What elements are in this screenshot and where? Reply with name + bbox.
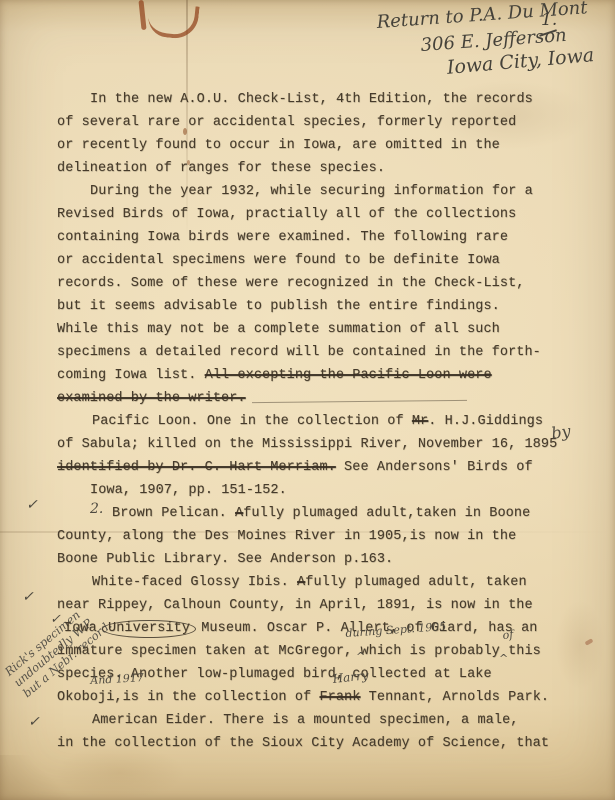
- typed-text: While this may not be a complete summati…: [57, 322, 500, 337]
- typed-text: but it seems advisable to publish the en…: [57, 299, 500, 314]
- typed-line: Okoboji,is in the collection of Frank Te…: [57, 690, 549, 705]
- typed-line: but it seems advisable to publish the en…: [57, 299, 500, 314]
- circled-word: University: [102, 620, 196, 638]
- typed-text: County, along the Des Moines River in 19…: [57, 529, 516, 544]
- typed-line: Iowa University Museum. Oscar P. Allert,…: [64, 621, 538, 636]
- typed-line: Pacific Loon. One in the collection of M…: [92, 414, 543, 429]
- typed-text: of Sabula; killed on the Mississippi Riv…: [57, 437, 557, 452]
- caret-probably: ^: [499, 652, 508, 665]
- typed-line: of several rare or accidental species, f…: [57, 115, 516, 130]
- typed-text: Okoboji,is in the collection of: [57, 690, 319, 705]
- typed-text: specimens a detailed record will be cont…: [57, 345, 541, 360]
- typed-line: In the new A.O.U. Check-List, 4th Editio…: [90, 92, 533, 107]
- insert-and-1917: And 1917: [90, 671, 144, 687]
- typed-text: immature specimen taken at McGregor, whi…: [57, 644, 541, 659]
- typed-text: near Rippey, Calhoun County, in April, 1…: [57, 598, 533, 613]
- insert-of: of: [502, 628, 514, 642]
- typed-text: Boone Public Library. See Anderson p.163…: [57, 552, 393, 567]
- strikethrough-extension: [252, 400, 467, 404]
- typed-text: Iowa, 1907, pp. 151-152.: [90, 483, 287, 498]
- typed-line: records. Some of these were recognized i…: [57, 276, 524, 291]
- rust-stain-arc: [146, 1, 199, 40]
- struck-text: A: [235, 506, 243, 521]
- struck-text: All excepting the Pacific Loon were: [205, 368, 492, 383]
- typed-text: Pacific Loon. One in the collection of: [92, 414, 412, 429]
- struck-text: identified by Dr. C. Hart Merriam.: [57, 460, 336, 475]
- typed-line: immature specimen taken at McGregor, whi…: [57, 644, 541, 659]
- typed-line: or recently found to occur in Iowa, are …: [57, 138, 500, 153]
- rust-stain-bar: [138, 0, 146, 30]
- insert-harry: Harry: [332, 668, 369, 686]
- typed-text: records. Some of these were recognized i…: [57, 276, 524, 291]
- typed-line: White-faced Glossy Ibis. Afully plumaged…: [92, 575, 527, 590]
- typed-line: containing Iowa birds were examined. The…: [57, 230, 508, 245]
- typed-line: of Sabula; killed on the Mississippi Riv…: [57, 437, 557, 452]
- typed-line: County, along the Des Moines River in 19…: [57, 529, 516, 544]
- caret-mcgregor: ^: [356, 650, 365, 663]
- typed-text: Iowa: [64, 621, 105, 636]
- typed-line: Iowa, 1907, pp. 151-152.: [90, 483, 287, 498]
- typed-text: White-faced Glossy Ibis.: [92, 575, 297, 590]
- typed-text: See Andersons' Birds of: [336, 460, 533, 475]
- checkmark-iowa-univ: ✓: [50, 612, 61, 627]
- typed-line: or accidental specimens were found to be…: [57, 253, 500, 268]
- typed-line: American Eider. There is a mounted speci…: [92, 713, 518, 728]
- insert-by: by: [550, 421, 572, 442]
- typed-line: examined by the writer.: [57, 391, 246, 406]
- typed-line: Boone Public Library. See Anderson p.163…: [57, 552, 393, 567]
- typed-text: coming Iowa list.: [57, 368, 205, 383]
- typed-line: delineation of ranges for these species.: [57, 161, 385, 176]
- typed-line: During the year 1932, while securing inf…: [90, 184, 533, 199]
- typed-text: Revised Birds of Iowa, practially all of…: [57, 207, 516, 222]
- typed-text: In the new A.O.U. Check-List, 4th Editio…: [90, 92, 533, 107]
- paper-stain: [55, 745, 185, 800]
- typed-text: Brown Pelican.: [112, 506, 235, 521]
- checkmark-ibis: ✓: [22, 589, 34, 605]
- typed-line: Revised Birds of Iowa, practially all of…: [57, 207, 516, 222]
- typed-text: or accidental specimens were found to be…: [57, 253, 500, 268]
- typed-text: fully plumaged adult, taken: [305, 575, 526, 590]
- typed-text: During the year 1932, while securing inf…: [90, 184, 533, 199]
- struck-text: Mr: [412, 414, 428, 429]
- corner-fold: [0, 755, 70, 800]
- typed-text: American Eider. There is a mounted speci…: [92, 713, 518, 728]
- typed-line: Brown Pelican. Afully plumaged adult,tak…: [112, 506, 530, 521]
- typed-line: in the collection of the Sioux City Acad…: [57, 736, 549, 751]
- paper-stain: [555, 600, 605, 690]
- typed-text: delineation of ranges for these species.: [57, 161, 385, 176]
- typed-line: coming Iowa list. All excepting the Paci…: [57, 368, 492, 383]
- pelican-number-mark: 2.: [90, 501, 103, 517]
- typed-text: or recently found to occur in Iowa, are …: [57, 138, 500, 153]
- typed-text: of several rare or accidental species, f…: [57, 115, 516, 130]
- struck-text: examined by the writer.: [57, 391, 246, 406]
- typed-line: While this may not be a complete summati…: [57, 322, 500, 337]
- typed-text: . H.J.Giddings: [428, 414, 543, 429]
- page-number: 1.: [541, 10, 557, 30]
- typed-line: near Rippey, Calhoun County, in April, 1…: [57, 598, 533, 613]
- struck-text: Frank: [319, 690, 360, 705]
- checkmark-eider: ✓: [28, 714, 40, 730]
- typed-text: in the collection of the Sioux City Acad…: [57, 736, 549, 751]
- typed-line: identified by Dr. C. Hart Merriam. See A…: [57, 460, 533, 475]
- manuscript-page: Return to P.A. Du Mont 306 E. Jefferson …: [0, 0, 615, 800]
- typed-line: specimens a detailed record will be cont…: [57, 345, 541, 360]
- typed-text: Tennant, Arnolds Park.: [360, 690, 549, 705]
- typed-text: fully plumaged adult,taken in Boone: [243, 506, 530, 521]
- checkmark-pelican: ✓: [26, 497, 38, 513]
- typed-text: containing Iowa birds were examined. The…: [57, 230, 508, 245]
